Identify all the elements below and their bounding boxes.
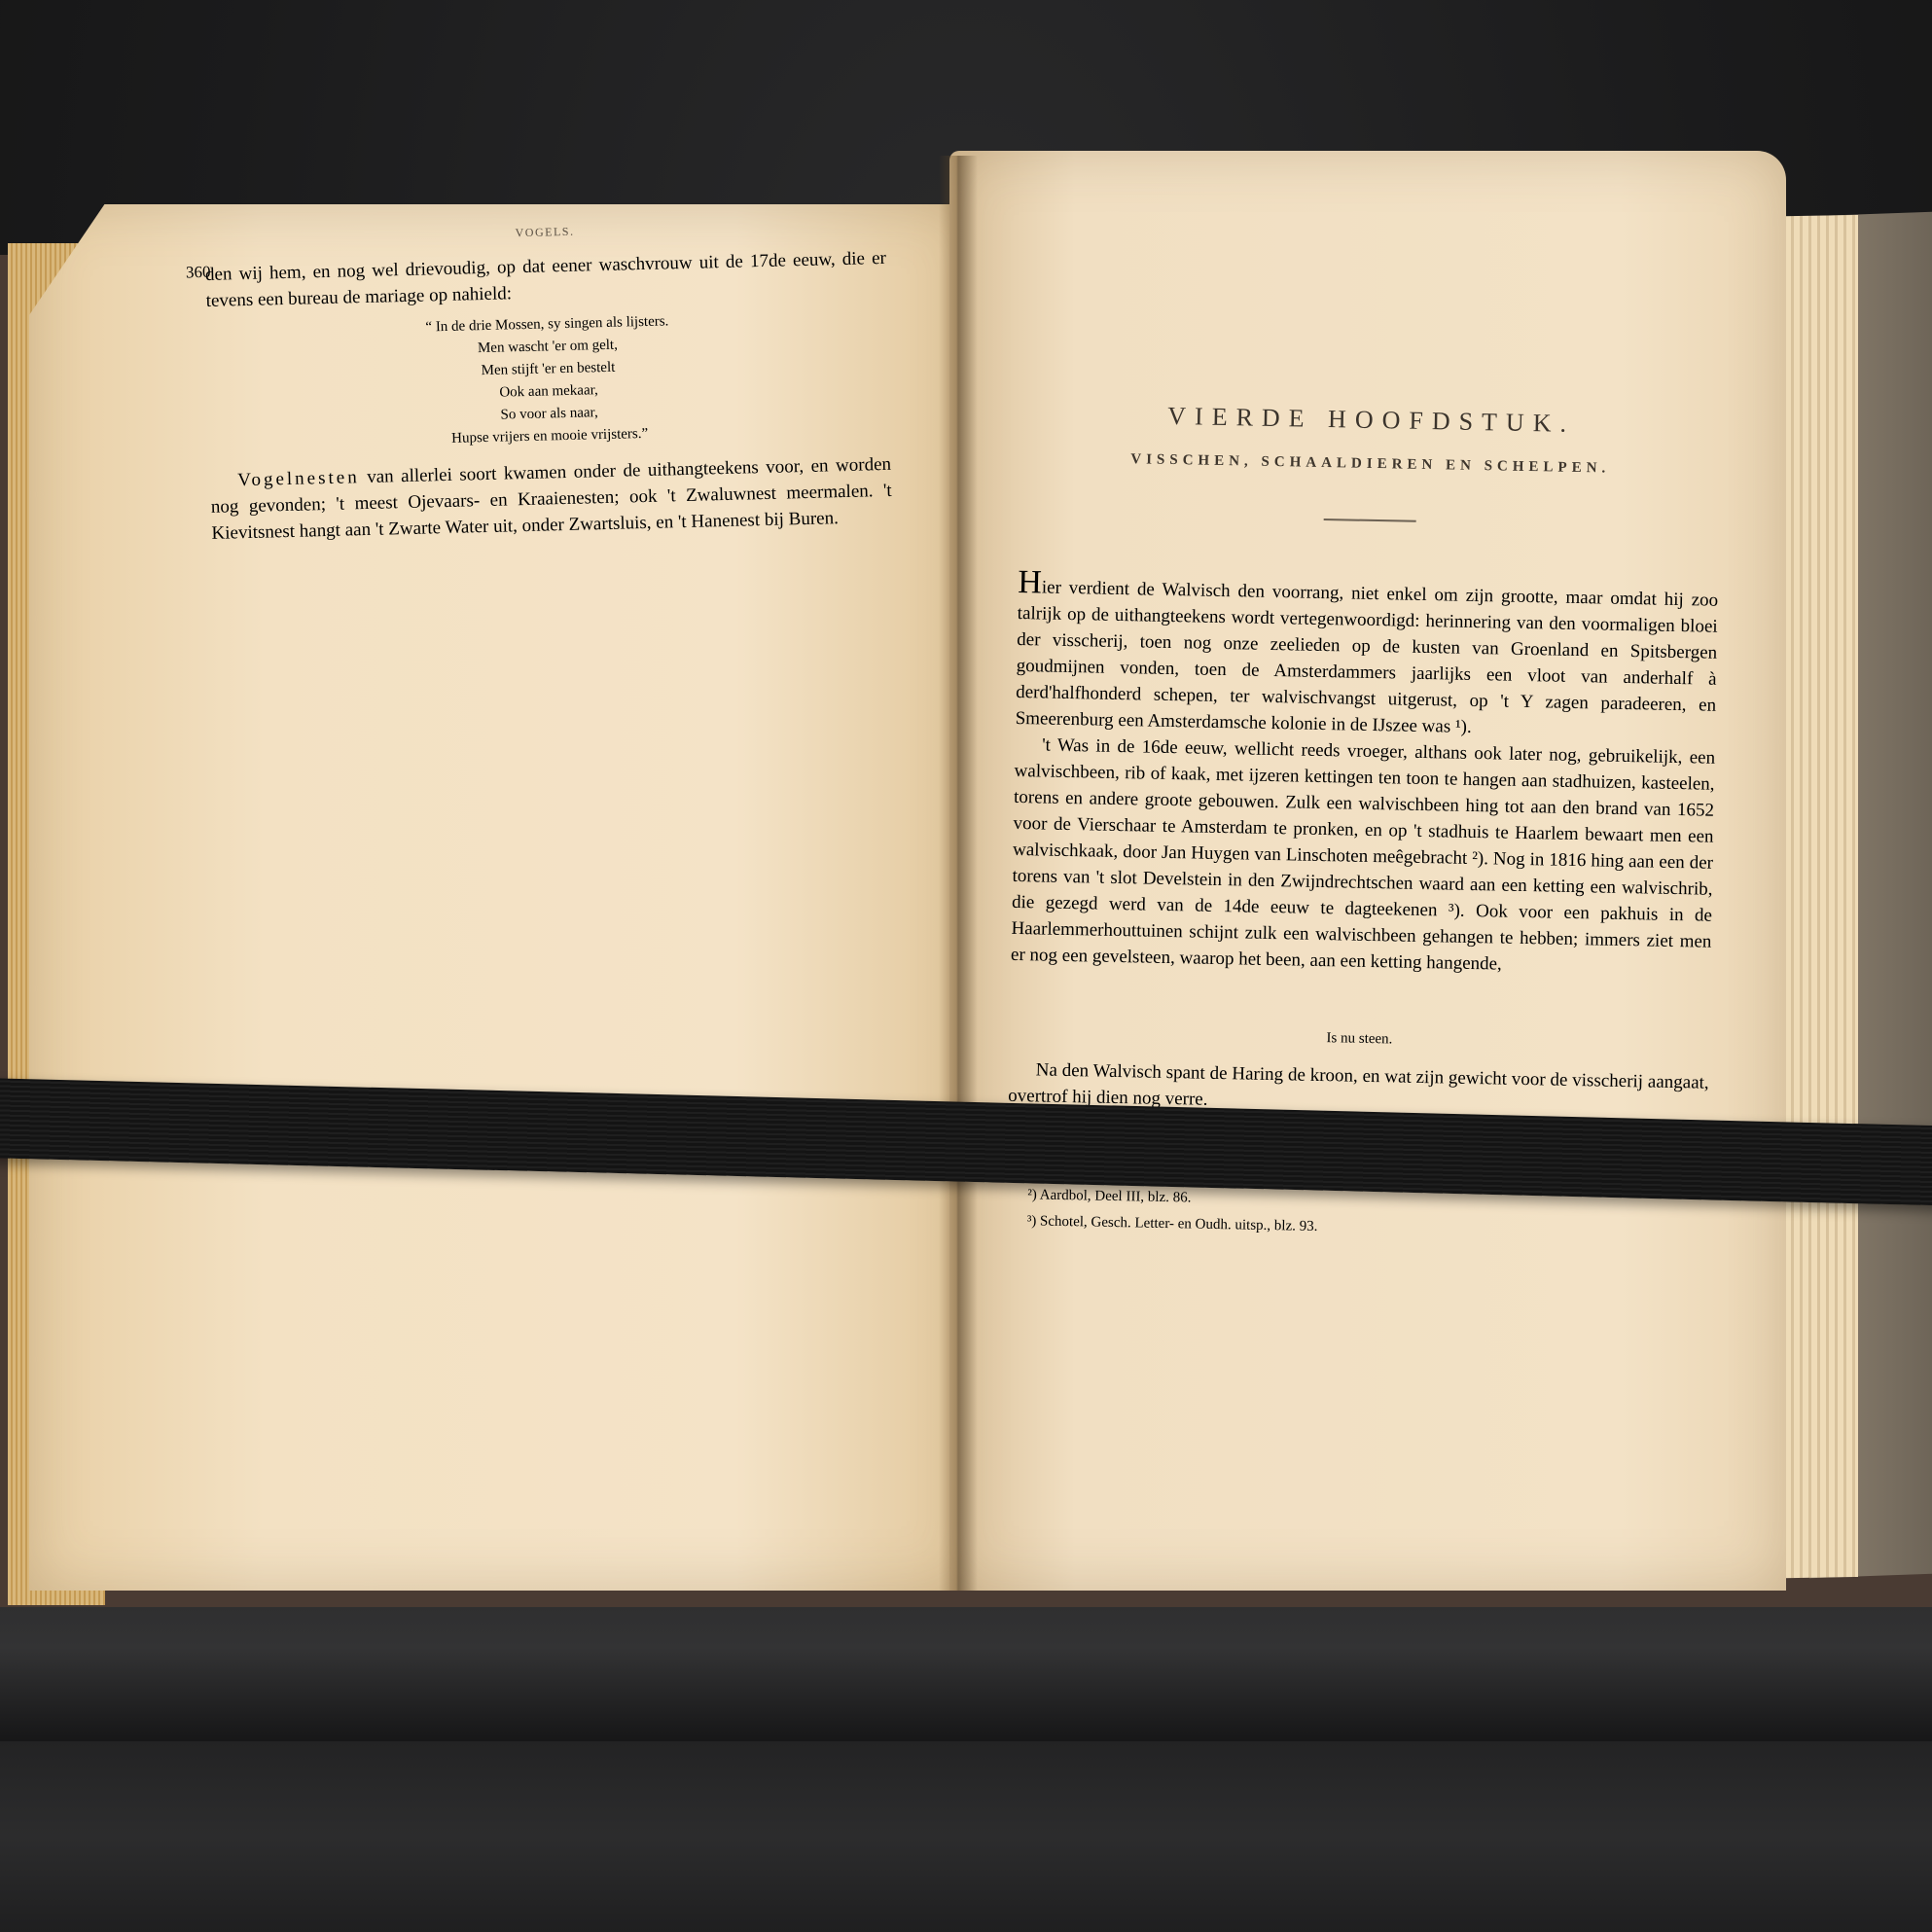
page-number: 360 bbox=[186, 263, 211, 283]
book-gutter bbox=[939, 156, 978, 1591]
verse-block: “ In de drie Mossen, sy singen als lijst… bbox=[206, 305, 890, 456]
caption: Is nu steen. bbox=[1009, 1024, 1709, 1055]
paragraph: 't Was in de 16de eeuw, wellicht reeds v… bbox=[1011, 732, 1716, 982]
book-stand-front bbox=[0, 1741, 1932, 1932]
drop-cap: H bbox=[1018, 564, 1042, 600]
paragraph: den wij hem, en nog wel drievoudig, op d… bbox=[205, 245, 887, 314]
paragraph: Vogelnesten van allerlei soort kwamen on… bbox=[210, 451, 893, 547]
left-page-content: VOGELS. 360 den wij hem, en nog wel drie… bbox=[204, 217, 893, 547]
section-rule bbox=[1323, 519, 1415, 522]
paragraph: Hier verdient de Walvisch den voorrang, … bbox=[1015, 573, 1718, 745]
lead-word: Vogelnesten bbox=[237, 467, 360, 490]
paragraph-text: ier verdient de Walvisch den voorrang, n… bbox=[1015, 577, 1718, 737]
chapter-subtitle: VISSCHEN, SCHAALDIEREN EN SCHELPEN. bbox=[1020, 449, 1721, 480]
